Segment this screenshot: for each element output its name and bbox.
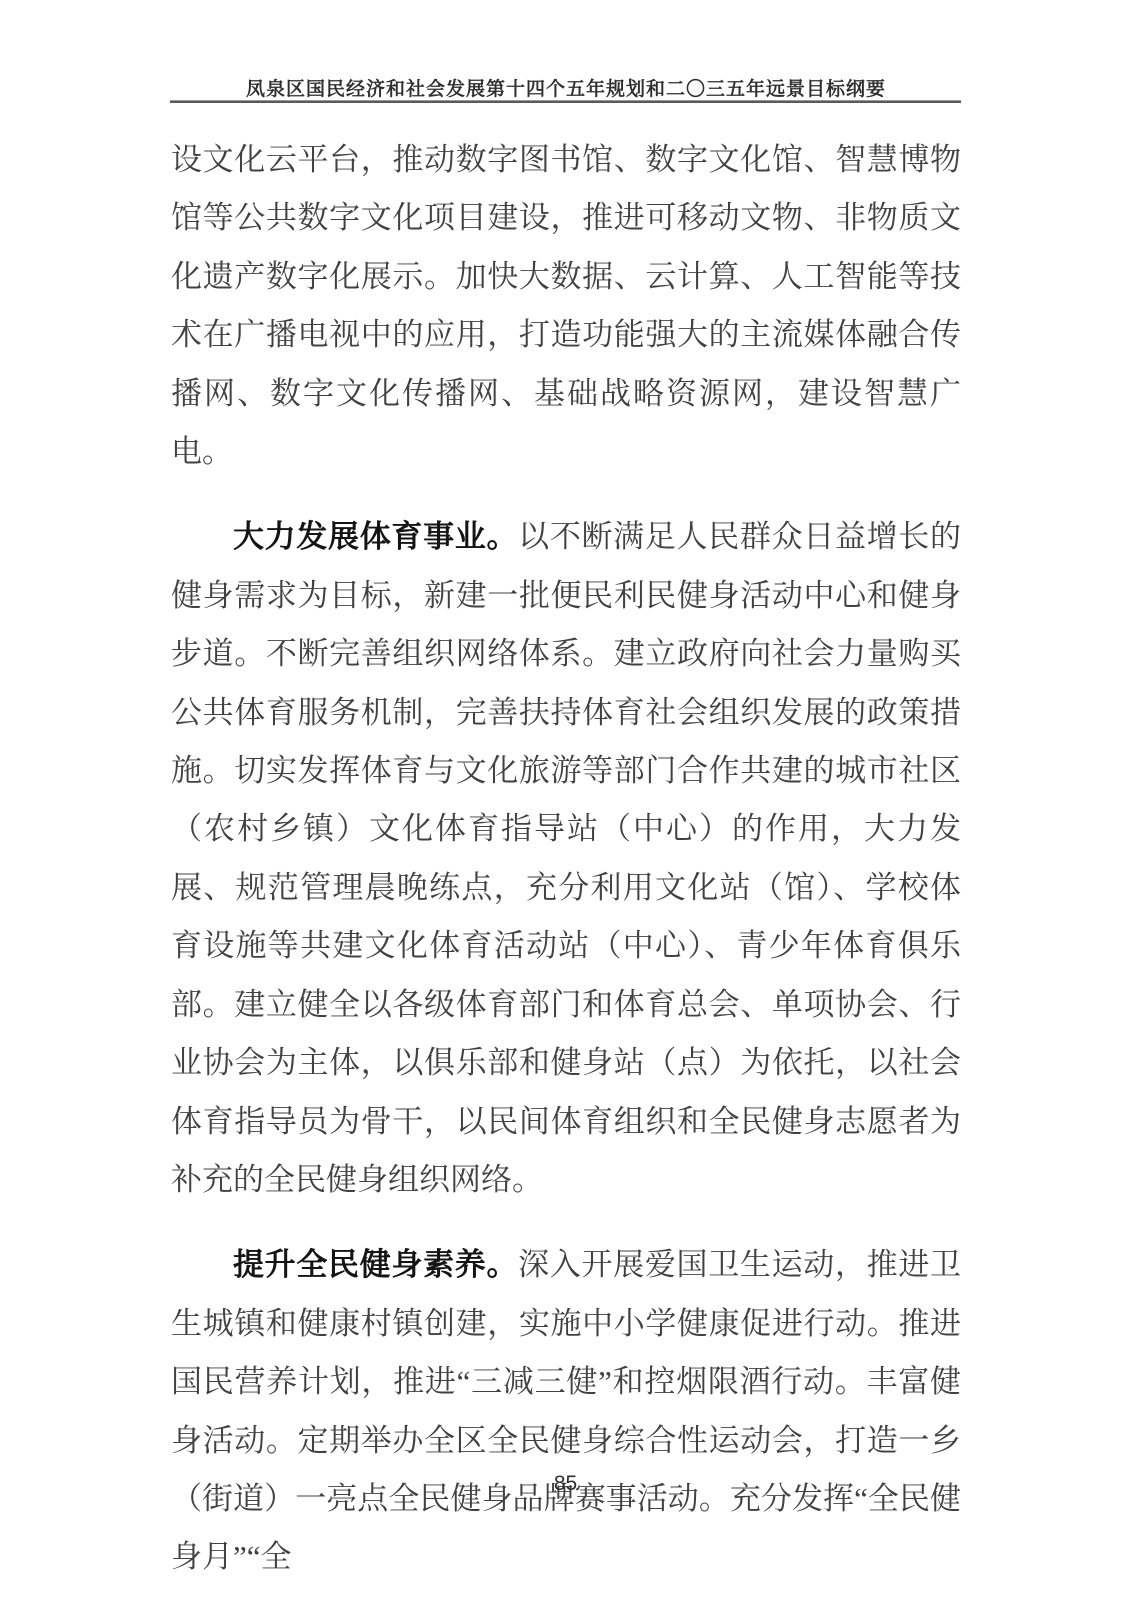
paragraph-text: 深入开展爱国卫生运动，推进卫生城镇和健康村镇创建，实施中小学健康促进行动。推进国… <box>171 1247 961 1574</box>
paragraph-fitness-literacy: 提升全民健身素养。深入开展爱国卫生运动，推进卫生城镇和健康村镇创建，实施中小学健… <box>171 1236 961 1586</box>
paragraph-text: 设文化云平台，推动数字图书馆、数字文化馆、智慧博物馆等公共数字文化项目建设，推进… <box>171 142 961 469</box>
running-header: 凤泉区国民经济和社会发展第十四个五年规划和二〇三五年远景目标纲要 <box>171 74 961 101</box>
paragraph-lead-bold: 提升全民健身素养。 <box>233 1247 518 1282</box>
document-page: 凤泉区国民经济和社会发展第十四个五年规划和二〇三五年远景目标纲要 设文化云平台，… <box>0 0 1131 1600</box>
header-rule-divider <box>170 100 961 103</box>
paragraph-digital-culture: 设文化云平台，推动数字图书馆、数字文化馆、智慧博物馆等公共数字文化项目建设，推进… <box>171 131 961 481</box>
paragraph-lead-bold: 大力发展体育事业。 <box>233 519 518 554</box>
document-body: 设文化云平台，推动数字图书馆、数字文化馆、智慧博物馆等公共数字文化项目建设，推进… <box>171 131 961 1587</box>
page-number: 85 <box>0 1472 1131 1496</box>
paragraph-sports-development: 大力发展体育事业。以不断满足人民群众日益增长的健身需求为目标，新建一批便民利民健… <box>171 508 961 1209</box>
paragraph-text: 以不断满足人民群众日益增长的健身需求为目标，新建一批便民利民健身活动中心和健身步… <box>171 519 961 1196</box>
